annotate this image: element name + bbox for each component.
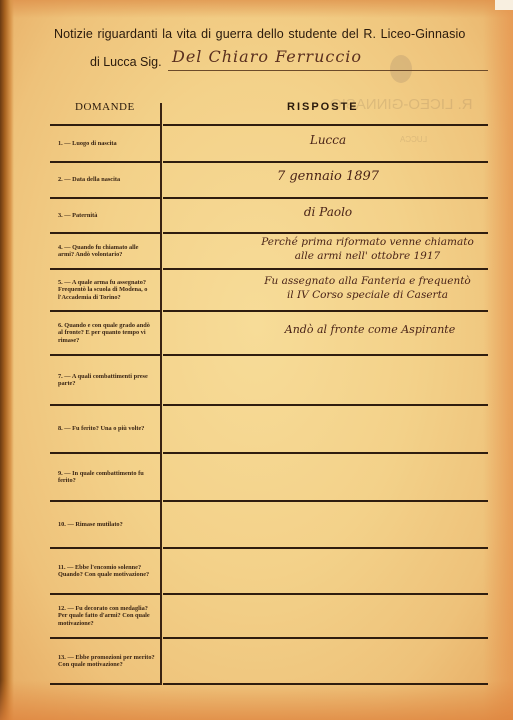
question-13: 13. — Ebbe promozioni per merito? Con qu… <box>58 654 156 669</box>
answer-6: Andò al fronte come Aspirante <box>255 322 485 337</box>
document-title: Notizie riguardanti la vita di guerra de… <box>54 27 504 41</box>
row-rule <box>163 683 488 685</box>
row-rule <box>50 683 160 685</box>
question-12: 12. — Fu decorato con medaglia? Per qual… <box>58 605 156 627</box>
row-rule <box>163 310 488 312</box>
row-rule <box>163 232 488 234</box>
answer-2: 7 gennaio 1897 <box>168 169 488 184</box>
row-rule <box>163 593 488 595</box>
question-7: 7. — A quali combattimenti prese parte? <box>58 373 156 388</box>
row-rule <box>163 124 488 126</box>
faint-stamp <box>390 55 412 83</box>
question-2: 2. — Data della nascita <box>58 176 156 183</box>
row-rule <box>163 547 488 549</box>
answer-3: di Paolo <box>168 205 488 220</box>
question-11: 11. — Ebbe l'encomio solenne? Quando? Co… <box>58 564 156 579</box>
question-6: 6. Quando e con quale grado andò al fron… <box>58 322 156 344</box>
row-rule <box>163 197 488 199</box>
row-rule <box>50 593 160 595</box>
row-rule <box>50 500 160 502</box>
row-rule <box>163 268 488 270</box>
row-rule <box>50 124 160 126</box>
question-1: 1. — Luogo di nascita <box>58 140 156 147</box>
name-underline <box>168 70 488 71</box>
question-4: 4. — Quando fu chiamato alle armi? Andò … <box>58 244 156 259</box>
row-rule <box>50 354 160 356</box>
row-rule <box>163 637 488 639</box>
document-page: R. LICEO-GINNASIO LUCCA Notizie riguarda… <box>0 0 513 720</box>
paper-tear <box>495 0 513 10</box>
column-header-answers: RISPOSTE <box>287 101 359 113</box>
question-5: 5. — A quale arma fu assegnato? Frequent… <box>58 279 156 301</box>
row-rule <box>50 232 160 234</box>
row-rule <box>163 404 488 406</box>
paper-edge-left <box>0 0 14 720</box>
row-rule <box>50 637 160 639</box>
paper-edge-right <box>483 0 513 720</box>
row-rule <box>50 452 160 454</box>
row-rule <box>50 404 160 406</box>
row-rule <box>163 500 488 502</box>
answer-1: Lucca <box>168 133 488 148</box>
row-rule <box>50 547 160 549</box>
row-rule <box>50 161 160 163</box>
row-rule <box>50 310 160 312</box>
answer-4: Perché prima riformato venne chiamatoall… <box>245 235 490 263</box>
row-rule <box>163 452 488 454</box>
row-rule <box>50 197 160 199</box>
row-rule <box>50 268 160 270</box>
column-divider <box>160 103 162 685</box>
question-8: 8. — Fu ferito? Una o più volte? <box>58 425 156 432</box>
question-10: 10. — Rimase mutilato? <box>58 521 156 528</box>
paper-edge-top <box>0 0 513 18</box>
paper-edge-bottom <box>0 680 513 720</box>
title-prefix: di Lucca Sig. <box>90 55 162 69</box>
student-name: Del Chiaro Ferruccio <box>172 47 362 66</box>
row-rule <box>163 161 488 163</box>
row-rule <box>163 354 488 356</box>
question-3: 3. — Paternità <box>58 212 156 219</box>
answer-5: Fu assegnato alla Fanteria e frequentòil… <box>245 274 490 302</box>
column-header-questions: DOMANDE <box>75 101 135 113</box>
question-9: 9. — In quale combattimento fu ferito? <box>58 470 156 485</box>
